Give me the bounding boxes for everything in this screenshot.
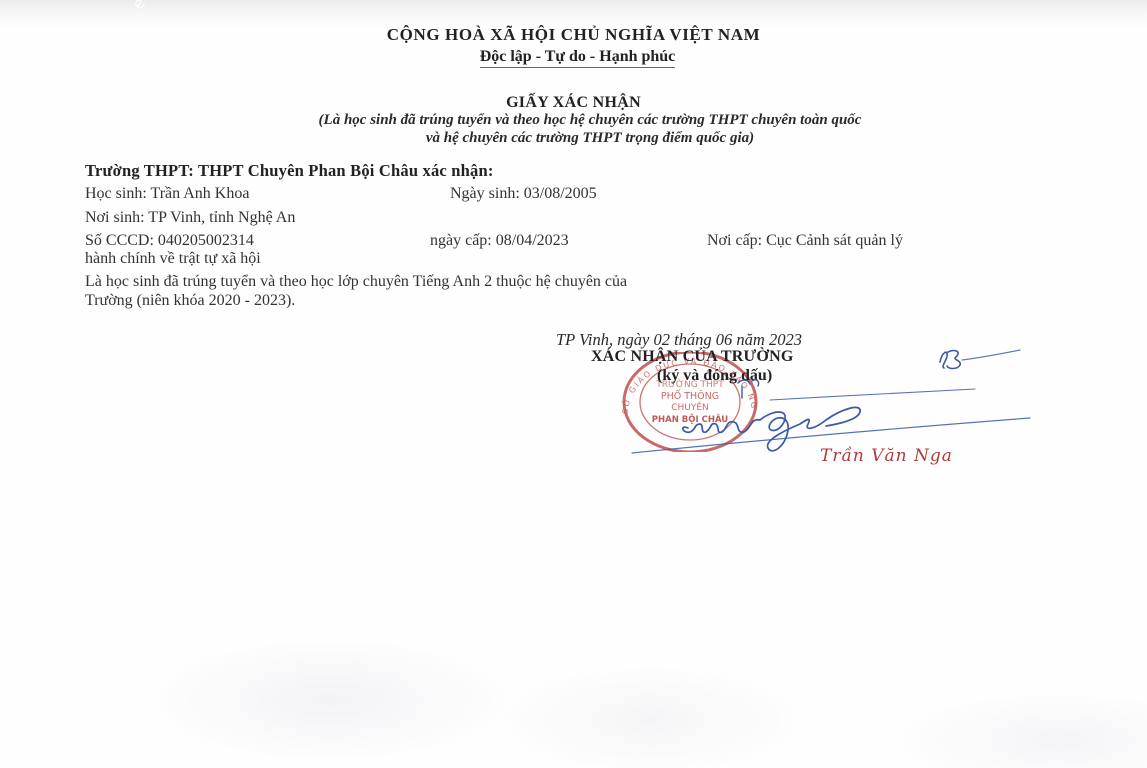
confirm-title: XÁC NHẬN CỦA TRƯỜNG: [591, 348, 793, 366]
statement-line-2: Trường (niên khóa 2020 - 2023).: [85, 292, 295, 310]
subtitle-line-1: (Là học sinh đã trúng tuyển và theo học …: [70, 111, 1110, 129]
stamp-inner-line-2: PHỔ THÔNG: [661, 389, 719, 402]
school-line: Trường THPT: THPT Chuyên Phan Bội Châu x…: [85, 161, 494, 181]
id-issue-date: ngày cấp: 08/04/2023: [430, 232, 569, 250]
national-motto: Độc lập - Tự do - Hạnh phúc: [0, 48, 1147, 68]
student-name: Học sinh: Trần Anh Khoa: [85, 185, 249, 202]
watermark: et: [128, 0, 153, 13]
motto-text: Độc lập - Tự do - Hạnh phúc: [480, 48, 676, 68]
id-issue-place-continued: hành chính về trật tự xã hội: [85, 250, 261, 268]
id-info-line: Số CCCD: 040205002314 ngày cấp: 08/04/20…: [85, 232, 1065, 250]
statement-line-1: Là học sinh đã trúng tuyển và theo học l…: [85, 273, 1065, 291]
stamp-inner-line-3: CHUYÊN: [671, 401, 709, 413]
birthplace: Nơi sinh: TP Vinh, tỉnh Nghệ An: [85, 209, 295, 227]
place-and-date: TP Vinh, ngày 02 tháng 06 năm 2023: [556, 330, 802, 350]
document-page: et CỘNG HOÀ XÃ HỘI CHỦ NGHĨA VIỆT NAM Độ…: [0, 0, 1147, 768]
signatory-name: Trần Văn Nga: [820, 446, 953, 466]
stamp-inner-line-4: PHAN BỘI CHÂU: [652, 413, 728, 425]
document-title: GIẤY XÁC NHẬN: [0, 94, 1147, 112]
id-number: Số CCCD: 040205002314: [85, 232, 254, 249]
national-title: CỘNG HOÀ XÃ HỘI CHỦ NGHĨA VIỆT NAM: [0, 25, 1147, 45]
student-info-line: Học sinh: Trần Anh Khoa Ngày sinh: 03/08…: [85, 185, 249, 203]
date-of-birth: Ngày sinh: 03/08/2005: [450, 185, 597, 203]
id-issue-place: Nơi cấp: Cục Cảnh sát quản lý: [707, 232, 903, 250]
document-subtitle: (Là học sinh đã trúng tuyển và theo học …: [70, 111, 1110, 147]
subtitle-line-2: và hệ chuyên các trường THPT trọng điểm …: [70, 129, 1110, 147]
sign-and-seal-note: (ký và đóng dấu): [657, 367, 772, 385]
